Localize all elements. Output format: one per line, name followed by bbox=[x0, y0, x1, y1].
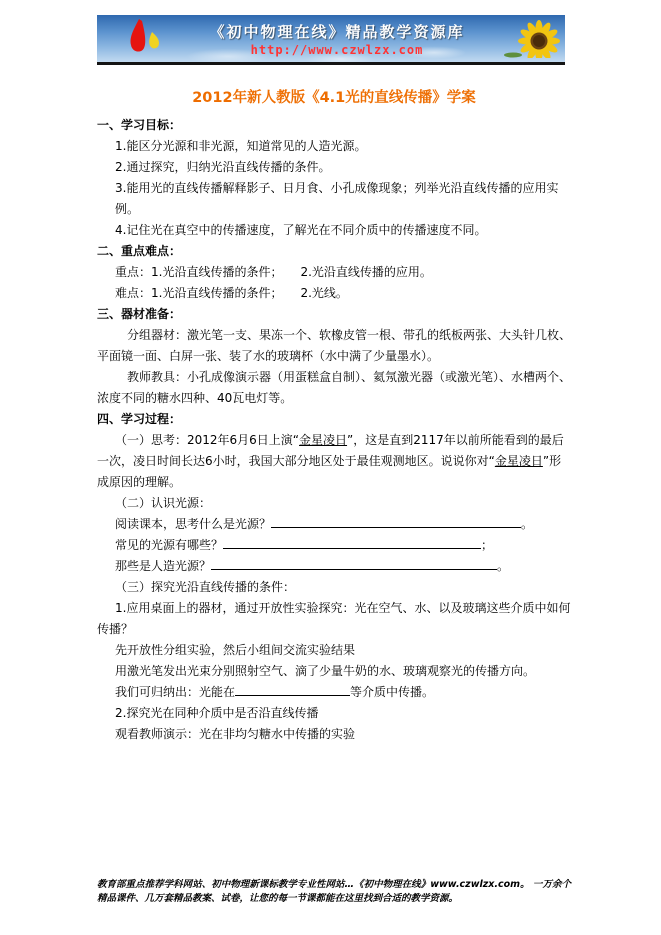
answer-blank-2 bbox=[223, 536, 481, 549]
venus-transit-term-2: 金星凌日 bbox=[495, 454, 543, 468]
conclude-suffix: 等介质中传播。 bbox=[350, 685, 434, 699]
goal-item-3: 3.能用光的直线传播解释影子、日月食、小孔成像现象；列举光沿直线传播的应用实例。 bbox=[97, 178, 571, 220]
banner-text: 《初中物理在线》精品教学资源库 http://www.czwlzx.com bbox=[171, 21, 503, 57]
fill-blank-line-1: 阅读课本，思考什么是光源？。 bbox=[97, 514, 571, 535]
think-paragraph: （一）思考：2012年6月6日上演“金星凌日”，这是直到2117年以前所能看到的… bbox=[97, 430, 571, 493]
section-heading-goals: 一、学习目标： bbox=[97, 115, 571, 136]
document-page: 《初中物理在线》精品教学资源库 http://www.czwlzx.com bbox=[0, 0, 661, 935]
conclude-text: 我们可归纳出：光能在 bbox=[115, 685, 235, 699]
question-suffix-2: ； bbox=[481, 538, 493, 552]
explore-line-3: 用激光笔发出光束分别照射空气、滴了少量牛奶的水、玻璃观察光的传播方向。 bbox=[97, 661, 571, 682]
flame-logo-icon bbox=[121, 17, 171, 57]
fill-blank-line-4: 我们可归纳出：光能在等介质中传播。 bbox=[97, 682, 571, 703]
site-url: http://www.czwlzx.com bbox=[171, 43, 503, 57]
subheading-explore: （三）探究光沿直线传播的条件： bbox=[97, 577, 571, 598]
section-heading-keypoints: 二、重点难点： bbox=[97, 241, 571, 262]
subheading-light-source: （二）认识光源： bbox=[97, 493, 571, 514]
fill-blank-line-3: 那些是人造光源？。 bbox=[97, 556, 571, 577]
sunflower-icon bbox=[503, 16, 561, 58]
think-text-1: （一）思考：2012年6月6日上演“ bbox=[115, 433, 299, 447]
question-text-3: 那些是人造光源？ bbox=[115, 559, 211, 573]
site-banner: 《初中物理在线》精品教学资源库 http://www.czwlzx.com bbox=[97, 15, 565, 65]
section-heading-materials: 三、器材准备： bbox=[97, 304, 571, 325]
explore-line-5: 观看教师演示：光在非均匀糖水中传播的实验 bbox=[97, 724, 571, 745]
keypoint-line: 重点：1.光沿直线传播的条件； 2.光沿直线传播的应用。 bbox=[97, 262, 571, 283]
venus-transit-term: 金星凌日 bbox=[299, 433, 347, 447]
question-suffix-3: 。 bbox=[497, 559, 509, 573]
section-heading-process: 四、学习过程： bbox=[97, 409, 571, 430]
teacher-materials-paragraph: 教师教具：小孔成像演示器（用蛋糕盒自制）、氦氖激光器（或激光笔）、水槽两个、浓度… bbox=[97, 367, 571, 409]
explore-line-2: 先开放性分组实验，然后小组间交流实验结果 bbox=[97, 640, 571, 661]
page-title: 2012年新人教版《4.1光的直线传播》学案 bbox=[97, 89, 571, 108]
explore-paragraph-1: 1.应用桌面上的器材，通过开放性实验探究：光在空气、水、以及玻璃这些介质中如何传… bbox=[97, 598, 571, 640]
difficulty-line: 难点：1.光沿直线传播的条件； 2.光线。 bbox=[97, 283, 571, 304]
goal-item-4: 4.记住光在真空中的传播速度，了解光在不同介质中的传播速度不同。 bbox=[97, 220, 571, 241]
answer-blank-3 bbox=[211, 557, 497, 570]
group-materials-paragraph: 分组器材：激光笔一支、果冻一个、软橡皮管一根、带孔的纸板两张、大头针几枚、平面镜… bbox=[97, 325, 571, 367]
question-text-1: 阅读课本，思考什么是光源？ bbox=[115, 517, 271, 531]
goal-item-1: 1.能区分光源和非光源，知道常见的人造光源。 bbox=[97, 136, 571, 157]
site-name: 《初中物理在线》精品教学资源库 bbox=[171, 21, 503, 42]
footer-promo-text: 教育部重点推荐学科网站、初中物理新课标教学专业性网站…《初中物理在线》www.c… bbox=[97, 878, 571, 906]
site-logo bbox=[121, 17, 171, 61]
sunflower-image bbox=[503, 16, 561, 62]
explore-line-4: 2.探究光在同种介质中是否沿直线传播 bbox=[97, 703, 571, 724]
answer-blank-1 bbox=[271, 515, 521, 528]
fill-blank-line-2: 常见的光源有哪些？； bbox=[97, 535, 571, 556]
question-text-2: 常见的光源有哪些？ bbox=[115, 538, 223, 552]
question-suffix-1: 。 bbox=[521, 517, 533, 531]
goal-item-2: 2.通过探究，归纳光沿直线传播的条件。 bbox=[97, 157, 571, 178]
document-content: 《初中物理在线》精品教学资源库 http://www.czwlzx.com bbox=[0, 0, 661, 906]
answer-blank-4 bbox=[235, 683, 350, 696]
